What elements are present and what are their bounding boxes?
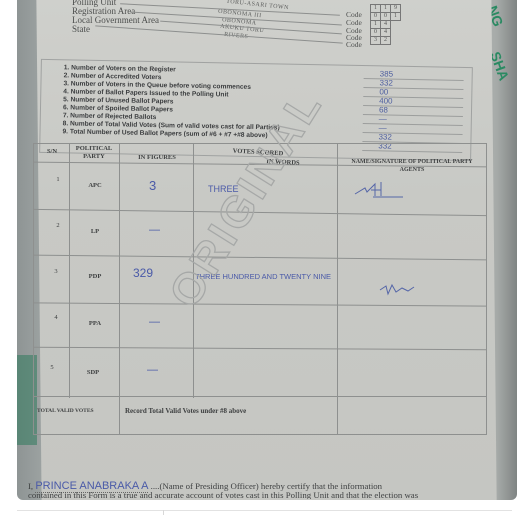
row-party: LP	[73, 228, 117, 235]
total-valid-votes-label: TOTAL VALID VOTES	[37, 408, 117, 414]
summary-value: —	[379, 114, 387, 123]
table-divider	[337, 143, 338, 435]
row-party: APC	[73, 182, 117, 189]
table-divider	[33, 255, 487, 261]
header-in-figures: IN FIGURES	[123, 154, 191, 161]
summary-value: 00	[379, 87, 388, 96]
code-digit: 1	[390, 12, 401, 21]
table-divider	[33, 396, 487, 397]
row-sn: 5	[47, 364, 57, 371]
header-agents: NAME/SIGNATURE OF POLITICAL PARTY AGENTS	[341, 158, 483, 174]
table-border	[486, 143, 487, 435]
row-sn: 3	[51, 268, 61, 275]
row-figures: —	[149, 316, 160, 328]
header-sn: S/N	[37, 148, 67, 155]
table-divider	[33, 347, 487, 350]
row-figures: 3	[149, 178, 156, 193]
summary-value: 332	[379, 78, 393, 87]
summary-value: —	[379, 123, 387, 132]
header-label: State	[72, 24, 90, 34]
certification-line-2: contained in this Form is a true and acc…	[28, 490, 418, 499]
row-party: PDP	[73, 273, 117, 280]
summary-value: 68	[379, 105, 388, 114]
page-divider-tick	[163, 510, 164, 515]
total-valid-votes-note: Record Total Valid Votes under #8 above	[125, 407, 325, 415]
page-divider	[17, 510, 512, 511]
summary-value: 385	[380, 69, 394, 78]
code-digit: 2	[380, 36, 391, 45]
row-figures: —	[147, 364, 158, 376]
agent-signature-icon	[378, 282, 418, 298]
row-party: SDP	[71, 369, 115, 376]
row-sn: 2	[53, 222, 63, 229]
summary-value: 400	[379, 96, 393, 105]
row-sn: 1	[53, 176, 63, 183]
row-party: PPA	[73, 320, 117, 327]
row-sn: 4	[51, 314, 61, 321]
table-divider	[119, 143, 120, 435]
header-party: POLITICAL PARTY	[71, 145, 117, 161]
table-divider	[33, 302, 487, 306]
table-border	[33, 434, 487, 435]
row-figures: —	[149, 224, 160, 236]
code-box-state-2: 32	[370, 36, 390, 45]
table-border	[33, 143, 34, 435]
agent-signature-icon	[353, 178, 413, 202]
code-label: Code	[346, 40, 362, 49]
table-divider	[69, 143, 70, 398]
row-figures: 329	[133, 266, 153, 280]
